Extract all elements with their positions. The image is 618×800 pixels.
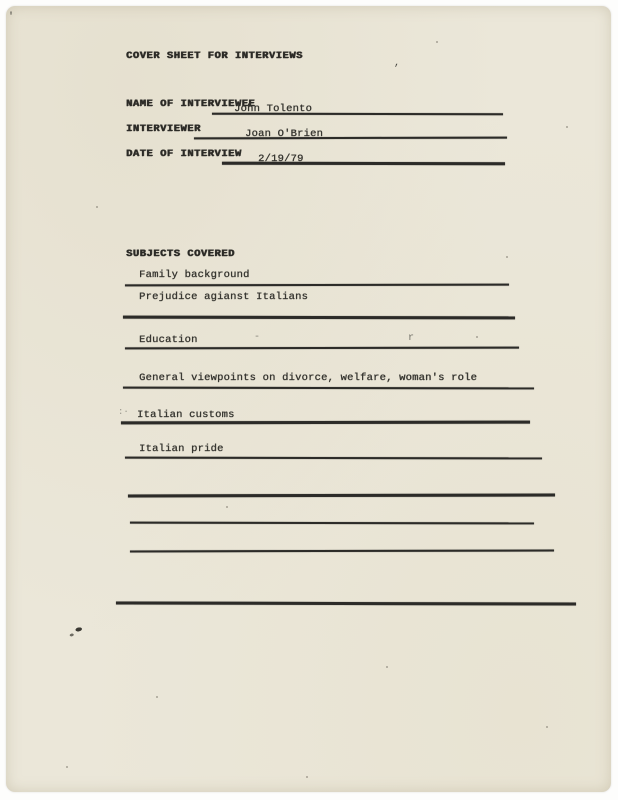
ink-speck: r <box>408 333 414 344</box>
blank-line <box>116 602 576 606</box>
dust-speck <box>476 336 478 338</box>
dust-speck <box>506 256 508 258</box>
subject-item: Family background <box>139 269 250 281</box>
paper-sheet: COVER SHEET FOR INTERVIEWS NAME OF INTER… <box>6 6 611 792</box>
dust-speck <box>96 206 98 208</box>
subject-underline <box>123 387 534 390</box>
subject-item: Italian pride <box>139 443 224 455</box>
subjects-heading: SUBJECTS COVERED <box>126 248 235 260</box>
interviewer-field-underline <box>194 137 507 140</box>
ink-blot <box>67 623 85 638</box>
blank-line <box>130 522 534 525</box>
dust-speck <box>66 766 68 768</box>
blank-line <box>130 550 554 553</box>
subject-item: Italian customs <box>137 409 235 421</box>
scanned-document: COVER SHEET FOR INTERVIEWS NAME OF INTER… <box>0 0 618 800</box>
dust-speck <box>226 506 228 508</box>
subject-underline <box>125 457 542 460</box>
subject-underline <box>121 421 530 425</box>
date-field-label: DATE OF INTERVIEW <box>126 148 242 160</box>
subject-item: Education <box>139 334 198 346</box>
blank-line <box>128 494 555 498</box>
dust-speck <box>156 696 158 698</box>
dust-speck <box>436 41 438 43</box>
subject-item: Prejudice agianst Italians <box>139 291 308 303</box>
ink-speck: - <box>254 332 260 343</box>
subject-underline <box>125 284 509 287</box>
pencil-mark: :· <box>118 407 129 417</box>
dust-speck <box>546 726 548 728</box>
interviewer-field-label: INTERVIEWER <box>126 123 201 135</box>
document-title: COVER SHEET FOR INTERVIEWS <box>126 50 303 62</box>
subject-item: General viewpoints on divorce, welfare, … <box>139 372 477 384</box>
date-field-underline <box>222 162 505 166</box>
ink-speck: , <box>394 58 400 69</box>
ink-speck: ' <box>8 12 14 23</box>
subject-underline <box>125 347 519 350</box>
dust-speck <box>566 126 568 128</box>
subject-underline <box>123 316 515 320</box>
dust-speck <box>386 666 388 668</box>
dust-speck <box>306 776 308 778</box>
